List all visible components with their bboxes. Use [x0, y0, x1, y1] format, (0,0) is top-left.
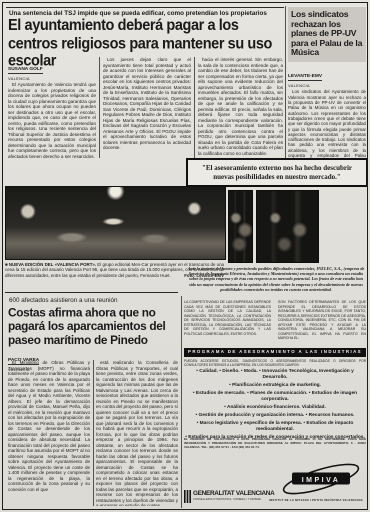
sidebar-body: Los sindicatos del Ayuntamiento de Valen… — [288, 89, 366, 165]
bottom-body-col2: está realizando la Conselleria de Obras … — [96, 360, 178, 506]
ad-banner: PROGRAMA DE ASESORAMIENTO A LAS INDUSTRI… — [184, 348, 366, 357]
bottom-headline: Costas afirma ahora que no pagará los ap… — [8, 306, 180, 346]
ad-bullet: • Calidad. • Diseño. • Moda. • Innovació… — [184, 369, 366, 380]
generalitat-subtitle: CONSELLERIA D'INDÚSTRIA, COMERÇ I TURISM… — [193, 498, 280, 501]
generalitat-text: GENERALITAT VALENCIANA CONSELLERIA D'IND… — [193, 490, 280, 501]
sidebar-byline-city: VALENCIA — [288, 83, 366, 88]
column-rule — [194, 57, 195, 158]
main-column-1: SUSANA GOLF VALENCIA El Ayuntamiento de … — [8, 57, 96, 158]
sidebar-headline-box: Los sindicatos rechazan los planes de PP… — [288, 7, 366, 62]
photo-caption-lead: ■ NUEVA EDICIÓN DEL «VALENCIA PORT». — [5, 262, 96, 267]
impiva-label: IMPIVA — [302, 477, 341, 484]
ad-bullet: • Planificación estratégica de marketing… — [184, 383, 366, 389]
main-body-col2: Los jueces dejan claro que el ayuntamien… — [103, 57, 191, 158]
ad-banner-sub: Pueden acogerse estudios, diagnósticos o… — [184, 359, 366, 367]
ad-bullet: • Estudios de mercado. • Planes de comun… — [184, 391, 366, 402]
column-rule — [93, 360, 94, 506]
main-byline-city: VALENCIA — [8, 76, 96, 81]
ad-divider — [181, 296, 182, 508]
ad-intro: Ante lo incierto del futuro y previniend… — [186, 266, 366, 292]
ad-bullet-list: • Calidad. • Diseño. • Moda. • Innovació… — [184, 369, 366, 443]
impiva-subtitle: Institut de la Mitjana i Petita Indústri… — [266, 499, 366, 502]
generalitat-title: GENERALITAT VALENCIANA — [193, 490, 274, 497]
news-photo — [5, 186, 226, 260]
impiva-swoosh-icon: IMPIVA — [278, 461, 364, 497]
ad-bullet: • Gestión de producción y organización i… — [184, 413, 366, 419]
main-byline: SUSANA GOLF — [8, 67, 43, 74]
section-divider — [5, 292, 178, 293]
bottom-body-col1: El Ministerio de Obras Públicas y Transp… — [8, 360, 90, 506]
ad-quote-box: "El asesoramiento externo nos ha hecho d… — [186, 158, 368, 187]
ad-col-right: Son factores determinantes de los que de… — [278, 300, 366, 345]
ad-bullet: • Análisis económico-financieros. Viabil… — [184, 405, 366, 411]
generalitat-logo: GENERALITAT VALENCIANA CONSELLERIA D'IND… — [184, 490, 280, 503]
ad-fine-print: El periodo de solicitudes a este program… — [184, 437, 366, 449]
newspaper-page: Una sentencia del TSJ impide que se pued… — [0, 0, 370, 512]
impiva-logo: IMPIVA — [278, 461, 364, 497]
news-photo-art — [6, 187, 225, 259]
top-divider — [6, 7, 284, 8]
bottom-kicker: 600 afectados asistieron a una reunión — [9, 297, 177, 304]
sidebar-byline: LEVANTE-EMV — [288, 74, 322, 81]
ad-photo-right — [256, 190, 319, 263]
sidebar-article: Los sindicatos rechazan los planes de PP… — [288, 7, 366, 165]
sidebar-rule — [285, 6, 286, 159]
generalitat-emblem-icon — [184, 490, 191, 503]
sidebar-headline: Los sindicatos rechazan los planes de PP… — [291, 10, 363, 58]
main-body-col3: hacia el interés general. Sin embargo, l… — [198, 57, 283, 158]
main-kicker: Una sentencia del TSJ impide que se pued… — [9, 10, 285, 17]
column-rule — [99, 57, 100, 158]
ad-bullet: • Marco legislativo y específico de la e… — [184, 421, 366, 432]
main-body-col1: El Ayuntamiento de Valencia tendrá que i… — [8, 82, 96, 158]
ad-photo-left — [228, 190, 253, 263]
ad-quote: "El asesoramiento externo nos ha hecho d… — [188, 163, 366, 183]
ad-col-left: La competitividad de las empresas depend… — [184, 300, 271, 345]
